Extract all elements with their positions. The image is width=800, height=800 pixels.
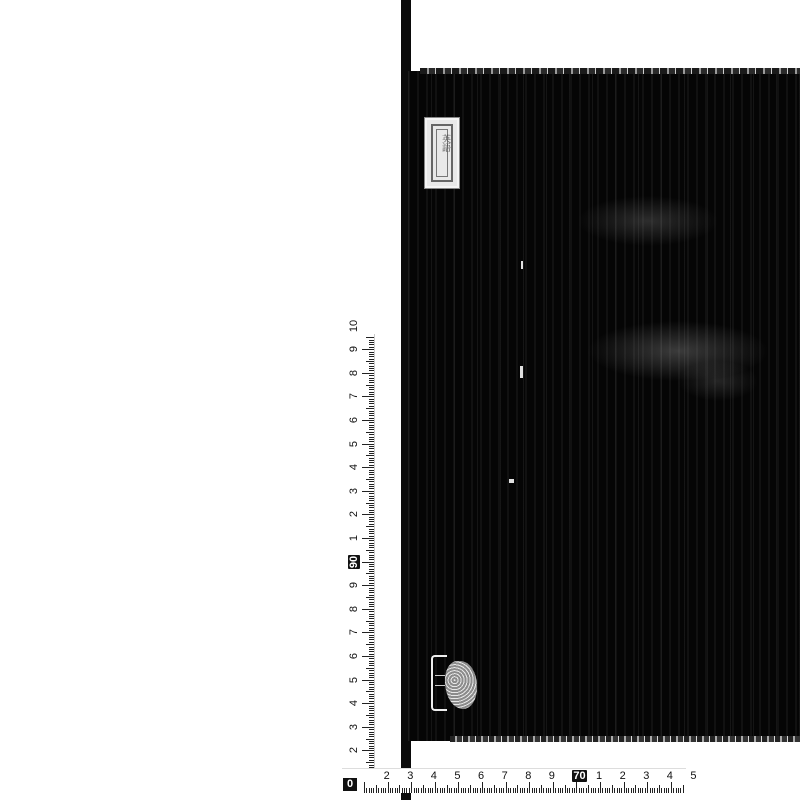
ruler-tick [369,639,374,640]
ruler-tick [409,788,410,793]
ruler-tick [369,389,374,390]
ruler-tick [383,788,384,793]
ruler-tick [369,533,374,534]
ruler-tick [666,788,667,793]
ruler-tick [647,782,648,793]
ruler-tick [369,599,374,600]
ruler-tick [369,344,374,345]
ruler-tick [369,399,374,400]
ruler-tick [390,788,391,793]
ruler-tick [369,507,374,508]
ruler-tick [661,788,662,793]
ruler-tick [369,677,374,678]
ruler-tick [635,785,636,793]
ruler-tick [369,458,374,459]
ruler-tick [458,782,459,793]
ruler-tick [451,788,452,793]
ruler-tick [574,788,575,793]
ruler-tick [369,743,374,744]
ruler-tick [369,359,374,360]
ruler-tick [369,748,374,749]
ruler-tick [602,788,603,793]
ruler-tick [369,512,374,513]
ruler-tick [369,462,374,463]
ruler-tick [369,460,374,461]
ruler-tick [369,732,374,733]
ruler-tick [402,788,403,793]
ruler-label: 3 [643,770,649,782]
ruler-tick [369,340,374,341]
ruler-tick [494,785,495,793]
ruler-tick [366,503,374,504]
ruler-tick [369,590,374,591]
ruler-tick [369,606,374,607]
cover-top-edge [420,68,800,74]
ruler-tick [362,538,374,539]
ruler-tick [676,788,677,793]
ruler-tick [369,543,374,544]
ruler-tick [399,785,400,793]
ruler-tick [369,498,374,499]
ruler-tick [369,604,374,605]
ruler-tick [456,788,457,793]
cover-bottom-edge [450,736,800,742]
ruler-tick [449,788,450,793]
ruler-tick [522,788,523,793]
ruler-tick [477,788,478,793]
ruler-tick [369,392,374,393]
ruler-tick [369,647,374,648]
ruler-tick [609,788,610,793]
ruler-label: 3 [348,719,360,735]
ruler-tick [369,736,374,737]
ruler-tick [416,788,417,793]
ruler-tick [437,788,438,793]
ruler-tick [508,788,509,793]
ruler-tick [468,788,469,793]
ruler-tick [369,651,374,652]
ruler-tick [369,682,374,683]
ruler-tick [369,696,374,697]
ruler-tick [366,455,374,456]
ruler-tick [617,788,618,793]
ruler-tick [369,687,374,688]
ruler-tick [671,782,672,793]
ruler-label: 4 [431,770,437,782]
ruler-tick [369,441,374,442]
ruler-tick [369,342,374,343]
ruler-tick [366,432,374,433]
ruler-tick [487,788,488,793]
ruler-tick [421,788,422,793]
ruler-tick [539,788,540,793]
ruler-tick [369,382,374,383]
ruler-tick [369,559,374,560]
ruler-label: 8 [525,770,531,782]
ruler-tick [628,788,629,793]
ruler-label: 4 [348,459,360,475]
ruler-tick [520,788,521,793]
ruler-tick [369,352,374,353]
ruler-tick [447,785,448,793]
ruler-tick [598,788,599,793]
ruler-tick [534,788,535,793]
ruler-tick [581,788,582,793]
ruler-tick [395,788,396,793]
ruler-tick [532,788,533,793]
ruler-tick [503,788,504,793]
ruler-tick [369,717,374,718]
bottom-label-remnant [428,651,480,711]
ruler-tick [388,782,389,793]
ruler-tick [369,366,374,367]
title-label-border [431,124,453,182]
ruler-tick [369,437,374,438]
ruler-tick [369,505,374,506]
ruler-tick [369,618,374,619]
cover-texture [408,71,800,741]
ruler-tick [605,788,606,793]
ruler-tick [499,788,500,793]
ruler-tick [366,739,374,740]
ruler-tick [562,788,563,793]
ruler-tick [529,782,530,793]
ruler-tick [369,465,374,466]
ruler-tick [369,765,374,766]
ruler-tick [369,566,374,567]
ruler-tick [567,788,568,793]
ruler-label: 1 [348,530,360,546]
ruler-tick [369,708,374,709]
ruler-label: 7 [348,624,360,640]
ruler-tick [366,479,374,480]
ruler-tick [369,625,374,626]
ruler-label: 5 [454,770,460,782]
ruler-tick [369,602,374,603]
ruler-tick [369,670,374,671]
ruler-tick [369,701,374,702]
ruler-tick [369,724,374,725]
ruler-tick [369,663,374,664]
ruler-tick [404,788,405,793]
ruler-tick [369,415,374,416]
ruler-tick [369,474,374,475]
ruler-label: 10 [348,318,360,334]
ruler-tick [612,785,613,793]
ruler-tick [369,635,374,636]
ruler-tick [369,378,374,379]
ruler-tick [546,788,547,793]
ruler-tick [369,547,374,548]
ruler-tick [642,788,643,793]
ruler-tick [369,753,374,754]
ruler-tick [397,788,398,793]
ruler-label: 2 [348,506,360,522]
ruler-tick [369,401,374,402]
ruler-tick [369,448,374,449]
ruler-tick [515,788,516,793]
ruler-label: 9 [549,770,555,782]
ruler-tick [369,713,374,714]
ruler-tick [576,782,577,793]
ruler-tick [369,623,374,624]
ruler-tick [369,422,374,423]
ruler-tick [480,788,481,793]
ruler-tick [583,788,584,793]
ruler-tick [440,788,441,793]
ruler-tick [376,785,377,793]
ruler-tick [362,420,374,421]
title-label: 英語 [425,118,459,188]
ruler-tick [369,614,374,615]
ruler-tick [362,444,374,445]
ruler-label: 6 [348,648,360,664]
ruler-tick [548,788,549,793]
ruler-tick [362,514,374,515]
ruler-zero-badge: 0 [343,778,357,791]
ruler-tick [369,434,374,435]
scratch-mark [509,479,514,483]
ruler-tick [484,788,485,793]
ruler-tick [369,734,374,735]
ruler-label: 9 [348,341,360,357]
ruler-tick [369,746,374,747]
ruler-label: 70 [572,770,586,782]
ruler-tick [369,592,374,593]
ruler-tick [369,578,374,579]
ruler-tick [560,788,561,793]
ruler-tick [683,785,684,793]
ruler-tick [381,788,382,793]
ruler-tick [369,536,374,537]
ruler-label: 8 [348,601,360,617]
ruler-tick [600,782,601,793]
ruler-tick [362,727,374,728]
ruler-label: 5 [348,436,360,452]
scratch-mark [520,366,523,378]
ruler-tick [369,413,374,414]
ruler-tick [657,788,658,793]
book-cover: 英語 [408,71,800,741]
ruler-tick [369,451,374,452]
ruler-tick [517,785,518,793]
ruler-tick [369,439,374,440]
ruler-tick [586,788,587,793]
ruler-tick [633,788,634,793]
ruler-tick [638,788,639,793]
ruler-tick [369,710,374,711]
ruler-tick [369,757,374,758]
ruler-label: 6 [348,412,360,428]
ruler-tick [366,644,374,645]
ruler-tick [378,788,379,793]
ruler-tick [369,368,374,369]
ruler-tick [432,788,433,793]
ruler-tick [369,531,374,532]
ruler-tick [366,621,374,622]
ruler-tick [362,680,374,681]
ruler-tick [536,788,537,793]
ruler-tick [369,529,374,530]
ruler-tick [369,545,374,546]
ruler-tick [369,521,374,522]
ruler-tick [362,750,374,751]
ruler-tick [369,496,374,497]
ruler-tick [362,396,374,397]
ruler-tick [362,703,374,704]
ruler-tick [362,349,374,350]
ruler-tick [640,788,641,793]
ruler-tick [680,788,681,793]
ruler-tick [369,500,374,501]
ruler-tick [369,427,374,428]
ruler-tick [369,630,374,631]
ruler-label: 4 [667,770,673,782]
ruler-tick [362,491,374,492]
ruler-tick [369,481,374,482]
ruler-tick [369,406,374,407]
ruler-tick [385,788,386,793]
ruler-tick [626,788,627,793]
ruler-tick [461,788,462,793]
ruler-label: 7 [502,770,508,782]
ruler-tick [369,661,374,662]
ruler-tick [366,361,374,362]
vertical-ruler: 234567899012345678910 [342,334,375,786]
ruler-tick [371,788,372,793]
ruler-tick [369,411,374,412]
ruler-tick [362,656,374,657]
ruler-tick [425,788,426,793]
ruler-tick [369,571,374,572]
ruler-tick [369,387,374,388]
ruler-tick [465,788,466,793]
ruler-tick [369,356,374,357]
ruler-tick [369,347,374,348]
ruler-tick [362,585,374,586]
ruler-tick [369,788,370,793]
ruler-tick [527,788,528,793]
ruler-tick [369,684,374,685]
ruler-tick [673,788,674,793]
ruler-tick [654,788,655,793]
ruler-tick [668,788,669,793]
ruler-tick [362,373,374,374]
ruler-tick [650,788,651,793]
ruler-tick [489,788,490,793]
ruler-tick [369,484,374,485]
ruler-tick [621,788,622,793]
ruler-label: 2 [384,770,390,782]
ruler-tick [366,715,374,716]
ruler-tick [369,429,374,430]
ruler-tick [369,729,374,730]
ruler-tick [565,785,566,793]
ruler-label: 8 [348,365,360,381]
ruler-tick [369,557,374,558]
ruler-tick [366,788,367,793]
ruler-tick [435,782,436,793]
ruler-label: 7 [348,388,360,404]
ruler-tick [369,642,374,643]
ruler-tick [369,403,374,404]
torn-paper [445,661,477,709]
ruler-tick [369,665,374,666]
ruler-tick [442,788,443,793]
ruler-tick [664,788,665,793]
ruler-tick [369,488,374,489]
ruler-tick [369,380,374,381]
ruler-tick [369,510,374,511]
ruler-tick [369,517,374,518]
ruler-tick [369,477,374,478]
ruler-label: 5 [690,770,696,782]
ruler-tick [369,722,374,723]
ruler-tick [369,755,374,756]
ruler-tick [369,472,374,473]
ruler-tick [541,785,542,793]
ruler-tick [366,762,374,763]
ruler-tick [475,788,476,793]
ruler-tick [550,788,551,793]
ruler-tick [414,788,415,793]
ruler-tick [595,788,596,793]
ruler-tick [362,609,374,610]
ruler-tick [369,524,374,525]
ruler-tick [369,363,374,364]
ruler-label: 3 [407,770,413,782]
ruler-tick [652,788,653,793]
ruler-tick [491,788,492,793]
ruler-tick [366,337,374,338]
ruler-tick [369,375,374,376]
ruler-tick [369,658,374,659]
ruler-tick [645,788,646,793]
ruler-tick [369,741,374,742]
ruler-tick [369,370,374,371]
ruler-tick [366,385,374,386]
ruler-tick [369,580,374,581]
ruler-tick [369,552,374,553]
ruler-tick [369,583,374,584]
ruler-tick [588,785,589,793]
ruler-tick [366,691,374,692]
ruler-tick [406,788,407,793]
ruler-label: 2 [348,742,360,758]
ruler-tick [369,675,374,676]
ruler-tick [369,611,374,612]
ruler-label: 90 [348,554,360,570]
ruler-tick [369,698,374,699]
ruler-tick [369,595,374,596]
ruler-tick [624,782,625,793]
ruler-tick [482,782,483,793]
ruler-tick [364,782,365,793]
horizontal-ruler: 234567897012345 [342,768,686,793]
ruler-tick [678,788,679,793]
ruler-tick [366,597,374,598]
ruler-tick [579,788,580,793]
ruler-tick [631,788,632,793]
ruler-tick [411,782,412,793]
ruler-tick [619,788,620,793]
ruler-tick [418,788,419,793]
ruler-label: 4 [348,695,360,711]
ruler-tick [463,788,464,793]
ruler-tick [510,788,511,793]
ruler-tick [369,394,374,395]
ruler-tick [470,785,471,793]
